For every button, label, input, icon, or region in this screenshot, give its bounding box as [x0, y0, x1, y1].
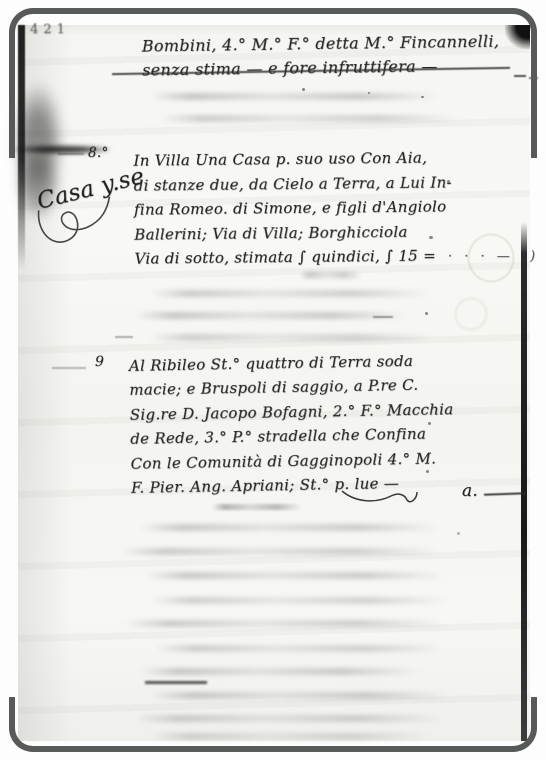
bleedthrough-line: [150, 334, 435, 341]
bleedthrough-line: [140, 524, 440, 531]
entry-number-9: 9: [95, 354, 104, 370]
flourish-swash: [340, 486, 420, 510]
ink-spot: [457, 532, 460, 535]
entry-8-paragraph: In Villa Una Casa p. suo uso Con Aia, di…: [133, 145, 452, 271]
bleedthrough-line: [150, 597, 450, 604]
bleedthrough-line: [155, 645, 445, 652]
bleedthrough-line: [135, 312, 407, 319]
bleedthrough-line: [120, 548, 440, 555]
trailing-dot-marks: · · · — ·): [448, 249, 539, 264]
marginal-side-note: a.: [462, 481, 478, 501]
bleedthrough-line: [145, 572, 445, 579]
dash-mark: [52, 367, 86, 369]
bleedthrough-line: [212, 504, 302, 510]
manuscript-line: di stanze due, da Cielo a Terra, a Lui I…: [134, 170, 452, 198]
bleedthrough-line: [125, 620, 445, 627]
entry-9-paragraph: Al Ribileo St.° quattro di Terra soda ma…: [129, 348, 455, 500]
manuscript-line: fina Romeo. di Simone, e figli d'Angiolo: [134, 195, 452, 223]
ink-spot: [425, 312, 428, 315]
ring-watermark: [455, 298, 487, 330]
bleedthrough-line: [300, 272, 362, 278]
bleedthrough-line: [140, 668, 420, 675]
manuscript-line: Via di sotto, stimata ∫ quindici, ∫ 15 =: [134, 244, 452, 272]
page-edge-shadow-right: [521, 222, 527, 741]
manuscript-line: Ballerini; Via di Villa; Borghicciola: [134, 219, 452, 247]
dash-mark: [115, 336, 133, 338]
photo-frame-top: [9, 8, 537, 158]
dark-ghost-stroke: [145, 681, 207, 684]
scanned-manuscript-view: 421 Bombini, 4.° M.° F.° detta M.° Finca…: [0, 0, 546, 760]
bleedthrough-line: [150, 290, 430, 297]
dash-mark: [373, 316, 393, 318]
photo-frame-bottom: [9, 697, 537, 752]
